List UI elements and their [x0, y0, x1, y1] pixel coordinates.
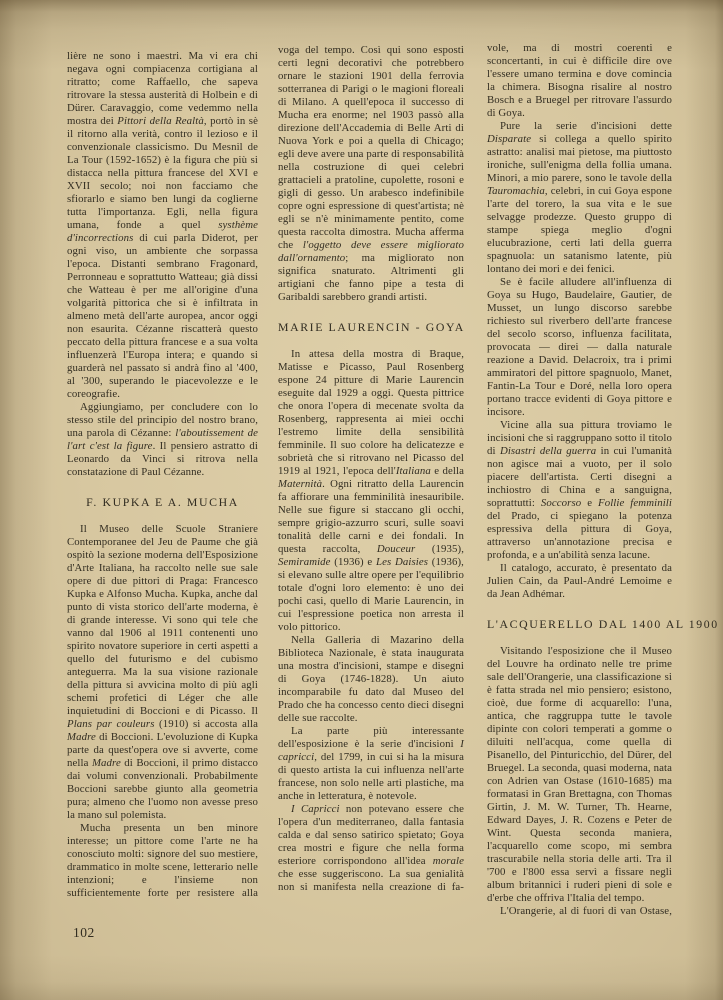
paragraph: Pure la serie d'incisioni dette Disparat…: [487, 120, 672, 276]
paragraph: Vicine alla sua pittura troviamo le inci…: [487, 419, 672, 562]
paragraph: In attesa della mostra di Braque, Matiss…: [278, 348, 464, 634]
page-number: 102: [73, 925, 95, 941]
paragraph: I Capricci non potevano essere che l'ope…: [278, 803, 464, 894]
paragraph: Nella Galleria di Mazarino della Bibliot…: [278, 634, 464, 725]
paragraph: La parte più interessante dell'esposizio…: [278, 725, 464, 803]
paragraph: L'Orangerie, al di fuori di van Ostase,: [487, 905, 672, 918]
paragraph: Visitando l'esposizione che il Museo del…: [487, 645, 672, 905]
section-heading: L'ACQUERELLO DAL 1400 AL 1900: [487, 618, 672, 631]
paragraph: voga del tempo. Così qui sono esposti ce…: [278, 44, 464, 304]
paragraph: Il catalogo, accurato, è presentato da J…: [487, 562, 672, 601]
paragraph: Mucha presenta un ben minore interesse; …: [67, 822, 258, 900]
section-heading: MARIE LAURENCIN - GOYA: [278, 321, 464, 334]
paragraph: lière ne sono i maestri. Ma vi era chi n…: [67, 50, 258, 401]
paragraph: Il Museo delle Scuole Straniere Contempo…: [67, 523, 258, 822]
text-column-3: vole, ma di mostri coerenti e sconcertan…: [487, 42, 672, 918]
section-heading: F. KUPKA E A. MUCHA: [67, 496, 258, 509]
paragraph: vole, ma di mostri coerenti e sconcertan…: [487, 42, 672, 120]
text-column-2: voga del tempo. Così qui sono esposti ce…: [278, 44, 464, 894]
paragraph: Se è facile alludere all'influenza di Go…: [487, 276, 672, 419]
paragraph: Aggiungiamo, per concludere con lo stess…: [67, 401, 258, 479]
text-column-1: lière ne sono i maestri. Ma vi era chi n…: [67, 50, 258, 900]
